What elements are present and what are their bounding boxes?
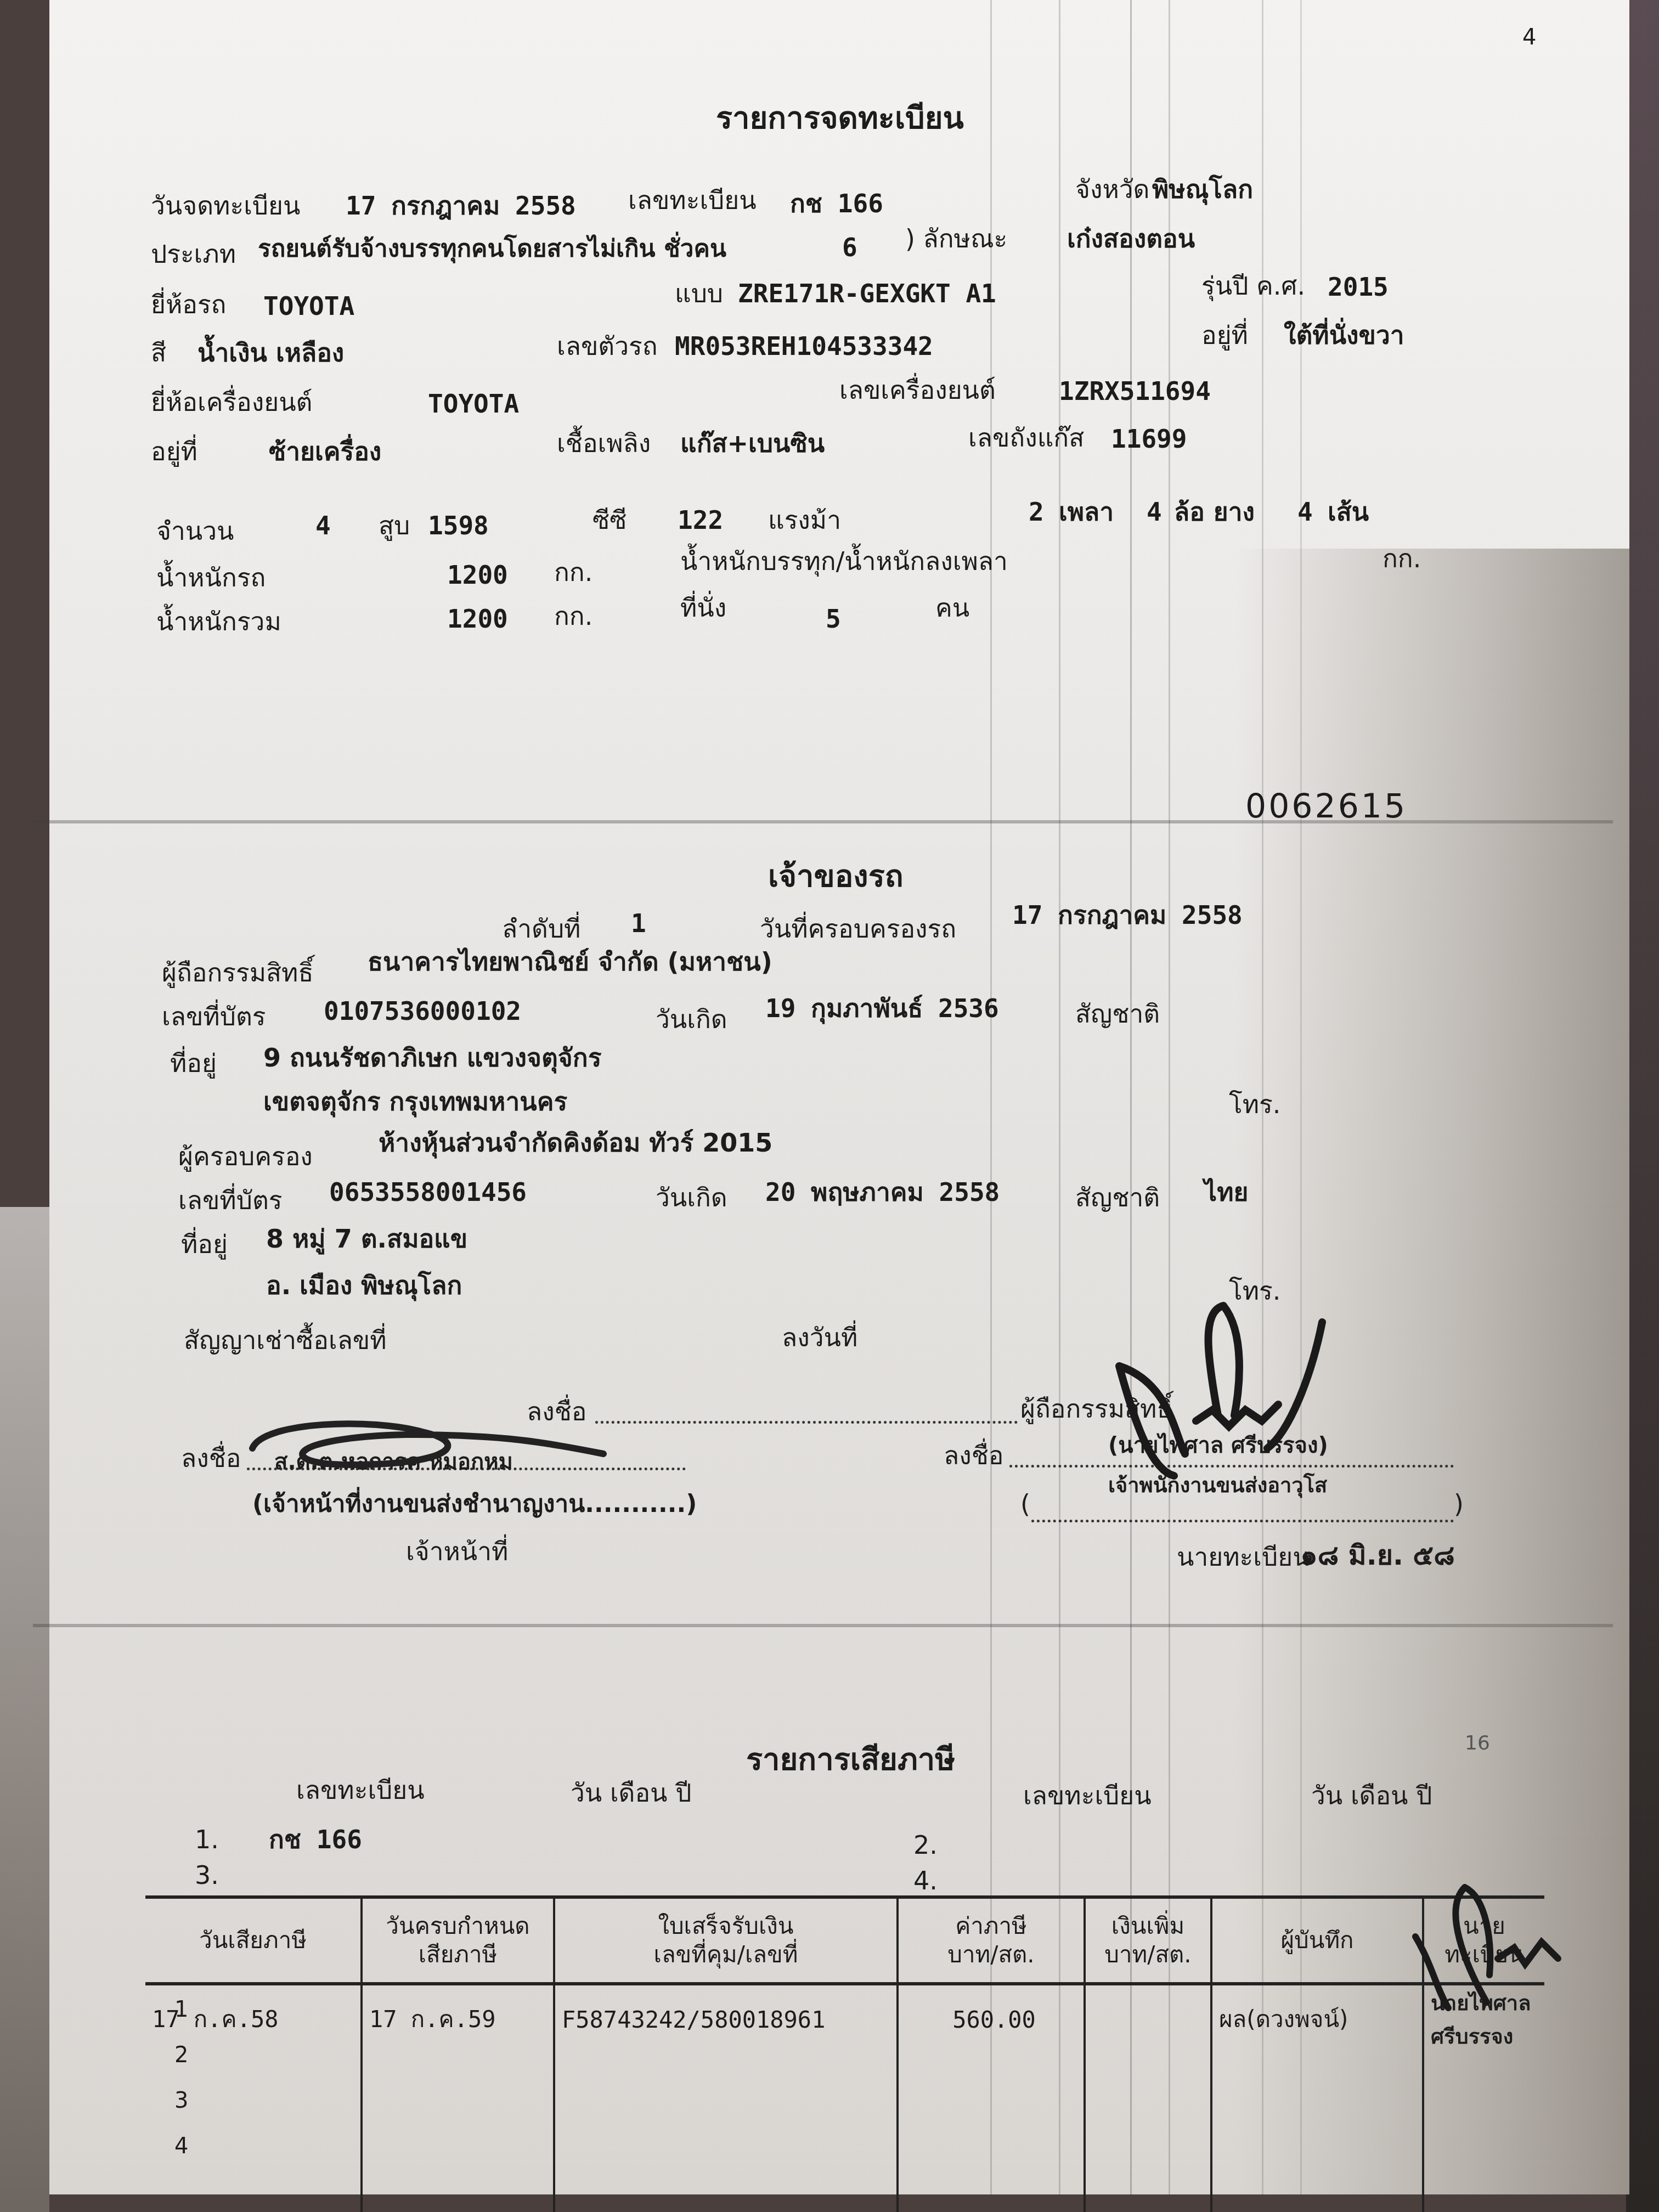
lease-sign-date-label: ลงวันที่ — [782, 1325, 857, 1350]
tax-table-row — [145, 2146, 1544, 2212]
tax-title: รายการเสียภาษี — [746, 1745, 955, 1775]
registrar-sign-label: ลงชื่อ — [944, 1443, 1004, 1468]
vin-label: เลขตัวรถ — [557, 334, 658, 359]
brand: TOYOTA — [263, 294, 354, 319]
document-serial: 0062615 — [1245, 790, 1407, 823]
engine-no: 1ZRX511694 — [1059, 379, 1211, 404]
tax-cell-receipt: F58743242/580018961 — [554, 1984, 898, 2053]
col-tax-amount: ค่าภาษี บาท/สต. — [898, 1897, 1085, 1984]
tax-cell-tax — [898, 2053, 1085, 2100]
weight-label: น้ำหนักรถ — [156, 565, 266, 590]
possessor-address-line-1: 8 หมู่ 7 ต.สมอแข — [266, 1226, 467, 1251]
tax-cell-tax — [898, 2146, 1085, 2212]
holder-id: 0107536000102 — [324, 998, 521, 1024]
scan-line — [1169, 0, 1170, 2194]
tax-table-row: 17 ก.ค.5817 ก.ค.59F58743242/580018961560… — [145, 1984, 1544, 2053]
col-receipt: ใบเสร็จรับเงิน เลขที่คุม/เลขที่ — [554, 1897, 898, 1984]
vehicle-style: เก๋งสองตอน — [1067, 226, 1195, 251]
tax-cell-extra — [1085, 2053, 1211, 2100]
lease-contract-label: สัญญาเช่าซื้อเลขที่ — [184, 1328, 387, 1353]
vin-location: ใต้ที่นั่งขวา — [1284, 323, 1404, 348]
possessor-dob-label: วันเกิด — [656, 1185, 727, 1210]
tax-cell-tax: 560.00 — [898, 1984, 1085, 2053]
load-weight-unit: กก. — [1383, 546, 1421, 571]
officer-position: (เจ้าหน้าที่งานขนส่งชำนาญงาน...........) — [252, 1492, 697, 1516]
holder-nationality-label: สัญชาติ — [1075, 1001, 1160, 1026]
tax-registrar-signature — [1399, 1876, 1575, 2019]
wheels-label: ล้อ ยาง — [1174, 499, 1255, 524]
possessor-name: ห้างหุ้นส่วนจำกัดคิงด้อม ทัวร์ 2015 — [379, 1130, 772, 1155]
tax-cell-extra — [1085, 2100, 1211, 2146]
tax-cell-recorder — [1211, 2146, 1423, 2212]
scan-line — [1059, 0, 1060, 2194]
holder-sign-line — [595, 1421, 1018, 1424]
holder-name: ธนาคารไทยพาณิชย์ จำกัด (มหาชน) — [368, 949, 772, 974]
possessor-nationality-label: สัญชาติ — [1075, 1185, 1160, 1210]
holder-signature — [1103, 1289, 1377, 1487]
vin-location-label: อยู่ที่ — [1201, 323, 1248, 348]
tax-cell-extra — [1085, 2146, 1211, 2212]
tax-plate-index-2: 2. — [913, 1832, 938, 1858]
tax-cell-receipt — [554, 2146, 898, 2212]
seats-label: ที่นั่ง — [680, 595, 726, 620]
scan-line — [990, 0, 992, 2194]
vehicle-weight: 1200 — [447, 562, 508, 588]
model-label: แบบ — [675, 281, 723, 306]
tax-cell-due: 17 ก.ค.59 — [362, 1984, 554, 2053]
plate-label: เลขทะเบียน — [628, 188, 757, 213]
possessor-id: 0653558001456 — [329, 1180, 527, 1205]
model-year: 2015 — [1328, 274, 1389, 300]
tax-cell-registrar — [1423, 2100, 1544, 2146]
registrar-position-bracket-close: ) — [1454, 1491, 1464, 1516]
cylinders: 4 — [315, 513, 331, 538]
registrar-position-bracket: ( — [1020, 1491, 1030, 1516]
tax-row-number: 4 — [174, 2134, 188, 2159]
hp-label: แรงม้า — [768, 507, 841, 533]
tax-cell-recorder — [1211, 2053, 1423, 2100]
owner-title: เจ้าของรถ — [768, 861, 904, 892]
tax-cell-receipt — [554, 2100, 898, 2146]
seats: 5 — [826, 606, 841, 631]
possessor-dob: 20 พฤษภาคม 2558 — [765, 1180, 1000, 1205]
page-number: 4 — [1522, 26, 1536, 48]
tax-cell-extra — [1085, 1984, 1211, 2053]
province: พิษณุโลก — [1152, 177, 1253, 202]
tax-plate-1: กช 166 — [269, 1827, 362, 1852]
tax-plate-index-3: 3. — [195, 1863, 219, 1888]
tax-cell-due — [362, 2100, 554, 2146]
cc-label: ซีซี — [592, 507, 627, 533]
tires-label: เส้น — [1328, 499, 1369, 524]
tax-table-header: วันเสียภาษี วันครบกำหนด เสียภาษี ใบเสร็จ… — [145, 1897, 1544, 1984]
model-year-label: รุ่นปี ค.ศ. — [1201, 273, 1305, 298]
color-label: สี — [151, 340, 166, 365]
wheels: 4 — [1147, 499, 1162, 524]
tax-cell-recorder — [1211, 2100, 1423, 2146]
tax-row-number: 2 — [174, 2042, 188, 2068]
engine-brand: TOYOTA — [428, 391, 519, 416]
holder-address-line-1: 9 ถนนรัชดาภิเษก แขวงจตุจักร — [263, 1045, 601, 1070]
officer-position-text: เจ้าหน้าที่งานขนส่งชำนาญงาน — [263, 1490, 585, 1518]
tax-cell-receipt — [554, 2053, 898, 2100]
engine-location-label: อยู่ที่ — [151, 439, 198, 464]
engine-cc: 1598 — [428, 513, 489, 538]
tax-cell-recorder: ผล(ดวงพจน์) — [1211, 1984, 1423, 2053]
order-label: ลำดับที่ — [502, 916, 580, 941]
tax-plate-index-4: 4. — [913, 1868, 938, 1893]
registrar-position-line — [1031, 1520, 1454, 1522]
col-recorder: ผู้บันทึก — [1211, 1897, 1423, 1984]
province-label: จังหวัด — [1075, 177, 1149, 202]
tires: 4 — [1297, 499, 1313, 524]
holder-dob-label: วันเกิด — [656, 1007, 727, 1032]
background-surface-left — [0, 1207, 49, 2212]
axles-label: เพลา — [1059, 499, 1114, 524]
holder-address-line-2: เขตจตุจักร กรุงเทพมหานคร — [263, 1089, 567, 1114]
persons-label: คน — [935, 595, 969, 620]
tax-plate-header-left: เลขทะเบียน — [296, 1778, 425, 1803]
tax-date-header-right: วัน เดือน ปี — [1311, 1783, 1432, 1808]
tax-corner-number: 16 — [1465, 1734, 1490, 1753]
style-label: ) ลักษณะ — [905, 226, 1007, 251]
engine-brand-label: ยี่ห้อเครื่องยนต์ — [151, 390, 312, 415]
tax-payment-table: วันเสียภาษี วันครบกำหนด เสียภาษี ใบเสร็จ… — [145, 1895, 1544, 2212]
officer-sign-label: ลงชื่อ — [181, 1446, 241, 1471]
fuel: แก๊ส+เบนซิน — [680, 431, 825, 456]
holder-label: ผู้ถือกรรมสิทธิ์ — [162, 960, 314, 985]
tax-row-number: 1 — [174, 1997, 188, 2022]
gross-weight-label: น้ำหนักรวม — [156, 609, 281, 634]
vehicle-type-seats: 6 — [842, 235, 857, 260]
tax-cell-registrar — [1423, 2053, 1544, 2100]
weight-unit: กก. — [554, 560, 592, 585]
tax-row-number: 3 — [174, 2088, 188, 2113]
officer-role: เจ้าหน้าที่ — [406, 1539, 508, 1564]
registrar-role: นายทะเบียน — [1177, 1544, 1310, 1570]
possession-date-label: วันที่ครอบครองรถ — [760, 916, 956, 941]
fold-line — [33, 1624, 1613, 1627]
model: ZRE171R-GEXGKT A1 — [738, 281, 996, 306]
color: น้ำเงิน เหลือง — [198, 340, 344, 365]
possessor-id-label: เลขที่บัตร — [178, 1188, 282, 1213]
horsepower: 122 — [678, 507, 723, 533]
gross-weight-unit: กก. — [554, 603, 592, 629]
type-label: ประเภท — [151, 241, 236, 267]
holder-id-label: เลขที่บัตร — [162, 1004, 266, 1029]
possessor-address-label: ที่อยู่ — [181, 1232, 228, 1257]
tax-cell-due — [362, 2053, 554, 2100]
vin: MR053REH104533342 — [675, 334, 933, 359]
registrar-stamp-date: ๑๘ มิ.ย. ๕๘ — [1300, 1542, 1455, 1569]
gas-tank-no: 11699 — [1111, 426, 1187, 452]
gross-weight: 1200 — [447, 606, 508, 631]
col-due-date: วันครบกำหนด เสียภาษี — [362, 1897, 554, 1984]
tax-cell-registrar — [1423, 2146, 1544, 2212]
possessor-nationality: ไทย — [1204, 1180, 1248, 1205]
col-surcharge: เงินเพิ่ม บาท/สต. — [1085, 1897, 1211, 1984]
reg-date-label: วันจดทะเบียน — [151, 193, 300, 218]
axles: 2 — [1029, 499, 1044, 524]
engine-no-label: เลขเครื่องยนต์ — [839, 377, 996, 403]
holder-address-label: ที่อยู่ — [170, 1051, 217, 1076]
cylinders-label: สูบ — [379, 513, 410, 538]
possession-date: 17 กรกฎาคม 2558 — [1012, 902, 1243, 928]
registration-title: รายการจดทะเบียน — [716, 103, 964, 134]
owner-order: 1 — [631, 911, 646, 936]
tax-plate-header-right: เลขทะเบียน — [1023, 1783, 1152, 1808]
tax-table-row — [145, 2053, 1544, 2100]
tax-plate-index-1: 1. — [195, 1827, 219, 1852]
background-surface-right — [1626, 0, 1659, 2212]
tax-cell-due — [362, 2146, 554, 2212]
tax-table-row — [145, 2100, 1544, 2146]
plate-number: กช 166 — [790, 191, 883, 216]
brand-label: ยี่ห้อรถ — [151, 292, 226, 317]
count-label: จำนวน — [156, 518, 234, 544]
holder-phone-label: โทร. — [1229, 1092, 1280, 1117]
vehicle-type: รถยนต์รับจ้างบรรทุกคนโดยสารไม่เกิน ชั่วค… — [258, 237, 726, 261]
possessor-address-line-2: อ. เมือง พิษณุโลก — [266, 1273, 462, 1298]
fuel-label: เชื้อเพลิง — [557, 431, 651, 456]
possessor-label: ผู้ครอบครอง — [178, 1144, 313, 1169]
reg-date: 17 กรกฎาคม 2558 — [346, 193, 576, 218]
gas-tank-label: เลขถังแก๊ส — [968, 425, 1084, 450]
officer-signature — [241, 1410, 625, 1481]
tax-date-header-left: วัน เดือน ปี — [571, 1780, 691, 1805]
scan-line — [1130, 0, 1132, 2194]
tax-cell-tax — [898, 2100, 1085, 2146]
engine-location: ซ้ายเครื่อง — [269, 439, 381, 464]
load-weight-label: น้ำหนักบรรทุก/น้ำหนักลงเพลา — [680, 549, 1008, 574]
col-paid-date: วันเสียภาษี — [145, 1897, 362, 1984]
holder-dob: 19 กุมภาพันธ์ 2536 — [765, 996, 999, 1021]
